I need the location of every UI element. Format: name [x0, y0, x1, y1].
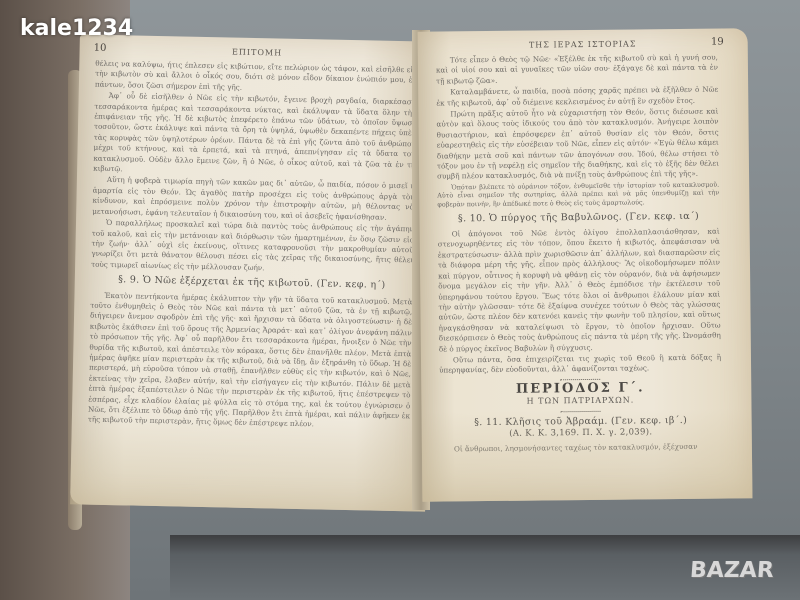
section-heading: §. 9. Ὁ Νῶε ἐξέρχεται ἐκ τῆς κιβωτοῦ. (Γ… — [91, 275, 413, 292]
page-number: 19 — [711, 37, 724, 48]
paragraph: Οἱ ἀπόγονοι τοῦ Νῶε ἐντὸς ὀλίγου ἐπολλαπ… — [438, 227, 721, 355]
right-page-text: Τότε εἶπεν ὁ Θεὸς τῷ Νῶε· «Ἐξέλθε ἐκ τῆς… — [436, 53, 722, 457]
page-shadow — [422, 408, 753, 501]
paragraph: Ὁ παραλλήλως προσκαλεῖ καὶ τώρα διὰ παντ… — [91, 218, 414, 277]
paragraph: Τότε εἶπεν ὁ Θεὸς τῷ Νῶε· «Ἐξέλθε ἐκ τῆς… — [436, 53, 718, 87]
paragraph: Πρώτη πρᾶξις αὐτοῦ ἦτο νὰ εὐχαριστήσῃ τὸ… — [436, 107, 719, 183]
running-head: ΕΠΙΤΟΜΗ — [80, 44, 435, 60]
right-page: 19 ΤΗΣ ΙΕΡΑΣ ΙΣΤΟΡΙΑΣ Τότε εἶπεν ὁ Θεὸς … — [418, 28, 753, 501]
page-number: 10 — [94, 43, 107, 54]
paragraph: Καταλαμβάνετε, ὦ παιδία, ποσὰ πόσης χαρᾶ… — [436, 85, 718, 109]
open-book: 10 ΕΠΙΤΟΜΗ θέλεις να καλύψω, ήτις έπλεσε… — [40, 30, 755, 540]
paragraph: Αὕτη ἡ φοβερὰ τιμωρία πηγὴ τῶν κακῶν μας… — [92, 175, 415, 223]
left-page-text: θέλεις να καλύψω, ήτις έπλεσεν εἰς κιβώτ… — [88, 59, 418, 433]
period-title: ΠΕΡΙΟΔΟΣ Γ΄. — [439, 382, 721, 395]
running-head: ΤΗΣ ΙΕΡΑΣ ΙΣΤΟΡΙΑΣ — [418, 38, 748, 50]
period-subtitle: Η ΤΩΝ ΠΑΤΡΙΑΡΧΩΝ. — [439, 395, 721, 408]
paragraph: Οὕτω πάντα, ὅσα ἐπιχειρίζεται τις χωρὶς … — [439, 353, 721, 377]
paragraph: Ἀφ᾽ οὗ δὲ εἰσῆλθεν ὁ Νῶε εἰς τὴν κιβωτόν… — [93, 91, 417, 181]
bazar-logo: BAZAR — [689, 558, 774, 583]
paragraph: Ὁπόταν βλέπετε τὸ οὐράνιον τόξον, ἐνθυμε… — [437, 180, 719, 209]
paragraph: Ἑκατὸν πεντήκοντα ἡμέρας ἐκάλυπτον τὴν γ… — [88, 290, 413, 432]
section-heading: §. 10. Ὁ πύργος τῆς Βαβυλῶνος. (Γεν. κεφ… — [437, 211, 719, 224]
page-shadow — [70, 414, 427, 511]
ornament-rule — [560, 379, 600, 380]
seller-watermark: kale1234 — [20, 16, 133, 41]
left-page: 10 ΕΠΙΤΟΜΗ θέλεις να καλύψω, ήτις έπλεσε… — [70, 34, 435, 511]
